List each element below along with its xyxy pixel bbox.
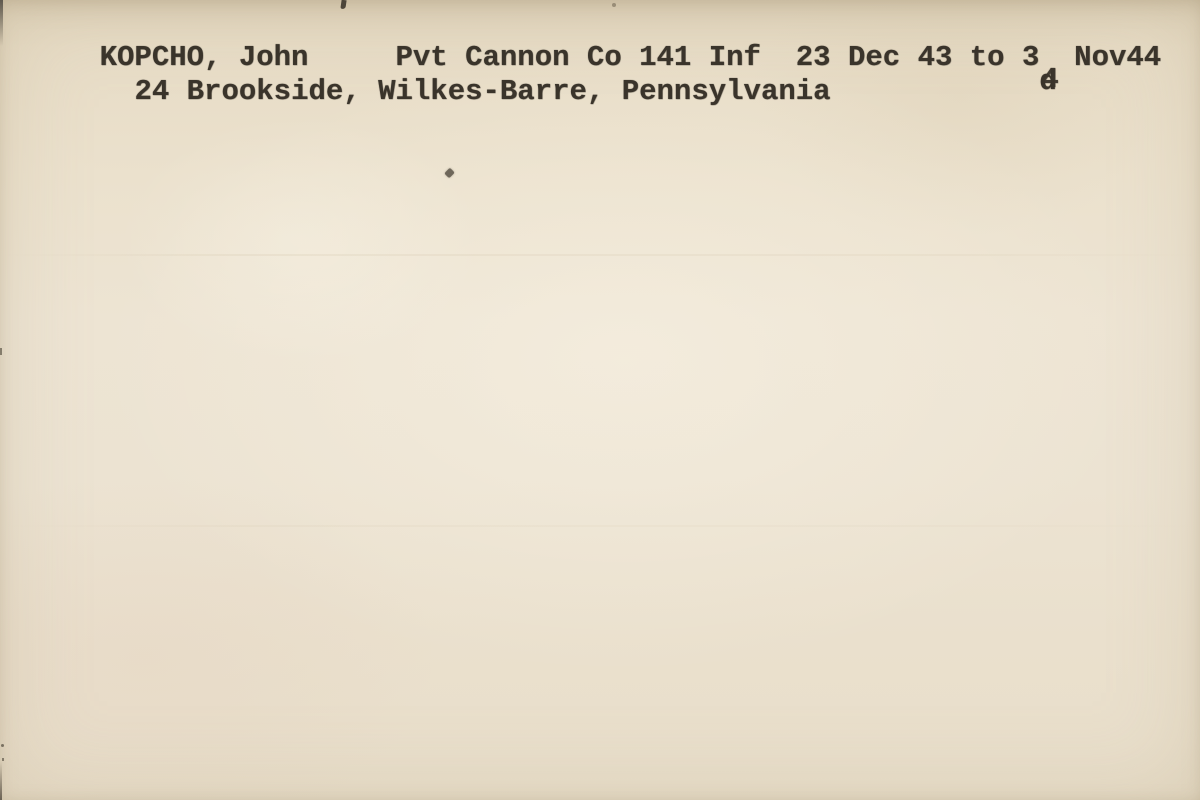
scan-edge-top-sliver bbox=[0, 0, 3, 46]
scan-edge-speck bbox=[1, 744, 4, 747]
ink-speck bbox=[444, 168, 455, 179]
scan-edge-bottom-sliver bbox=[0, 762, 2, 800]
soldier-address: 24 Brookside, Wilkes-Barre, Pennsylvania bbox=[134, 75, 830, 108]
overstrike-over-glyph: 4 bbox=[1041, 63, 1058, 97]
top-edge-dot bbox=[612, 3, 616, 7]
address-line: 24 Brookside, Wilkes-Barre, Pennsylvania bbox=[30, 41, 831, 143]
index-card: KOPCHO, John Pvt Cannon Co 141 Inf 23 De… bbox=[0, 0, 1200, 800]
scan-edge-dot bbox=[0, 348, 2, 355]
address-indent bbox=[100, 75, 135, 108]
paper-crease bbox=[0, 525, 1200, 527]
service-end-date: Nov44 bbox=[1057, 41, 1161, 74]
paper-crease bbox=[0, 254, 1200, 256]
scan-edge-speck bbox=[2, 758, 4, 761]
